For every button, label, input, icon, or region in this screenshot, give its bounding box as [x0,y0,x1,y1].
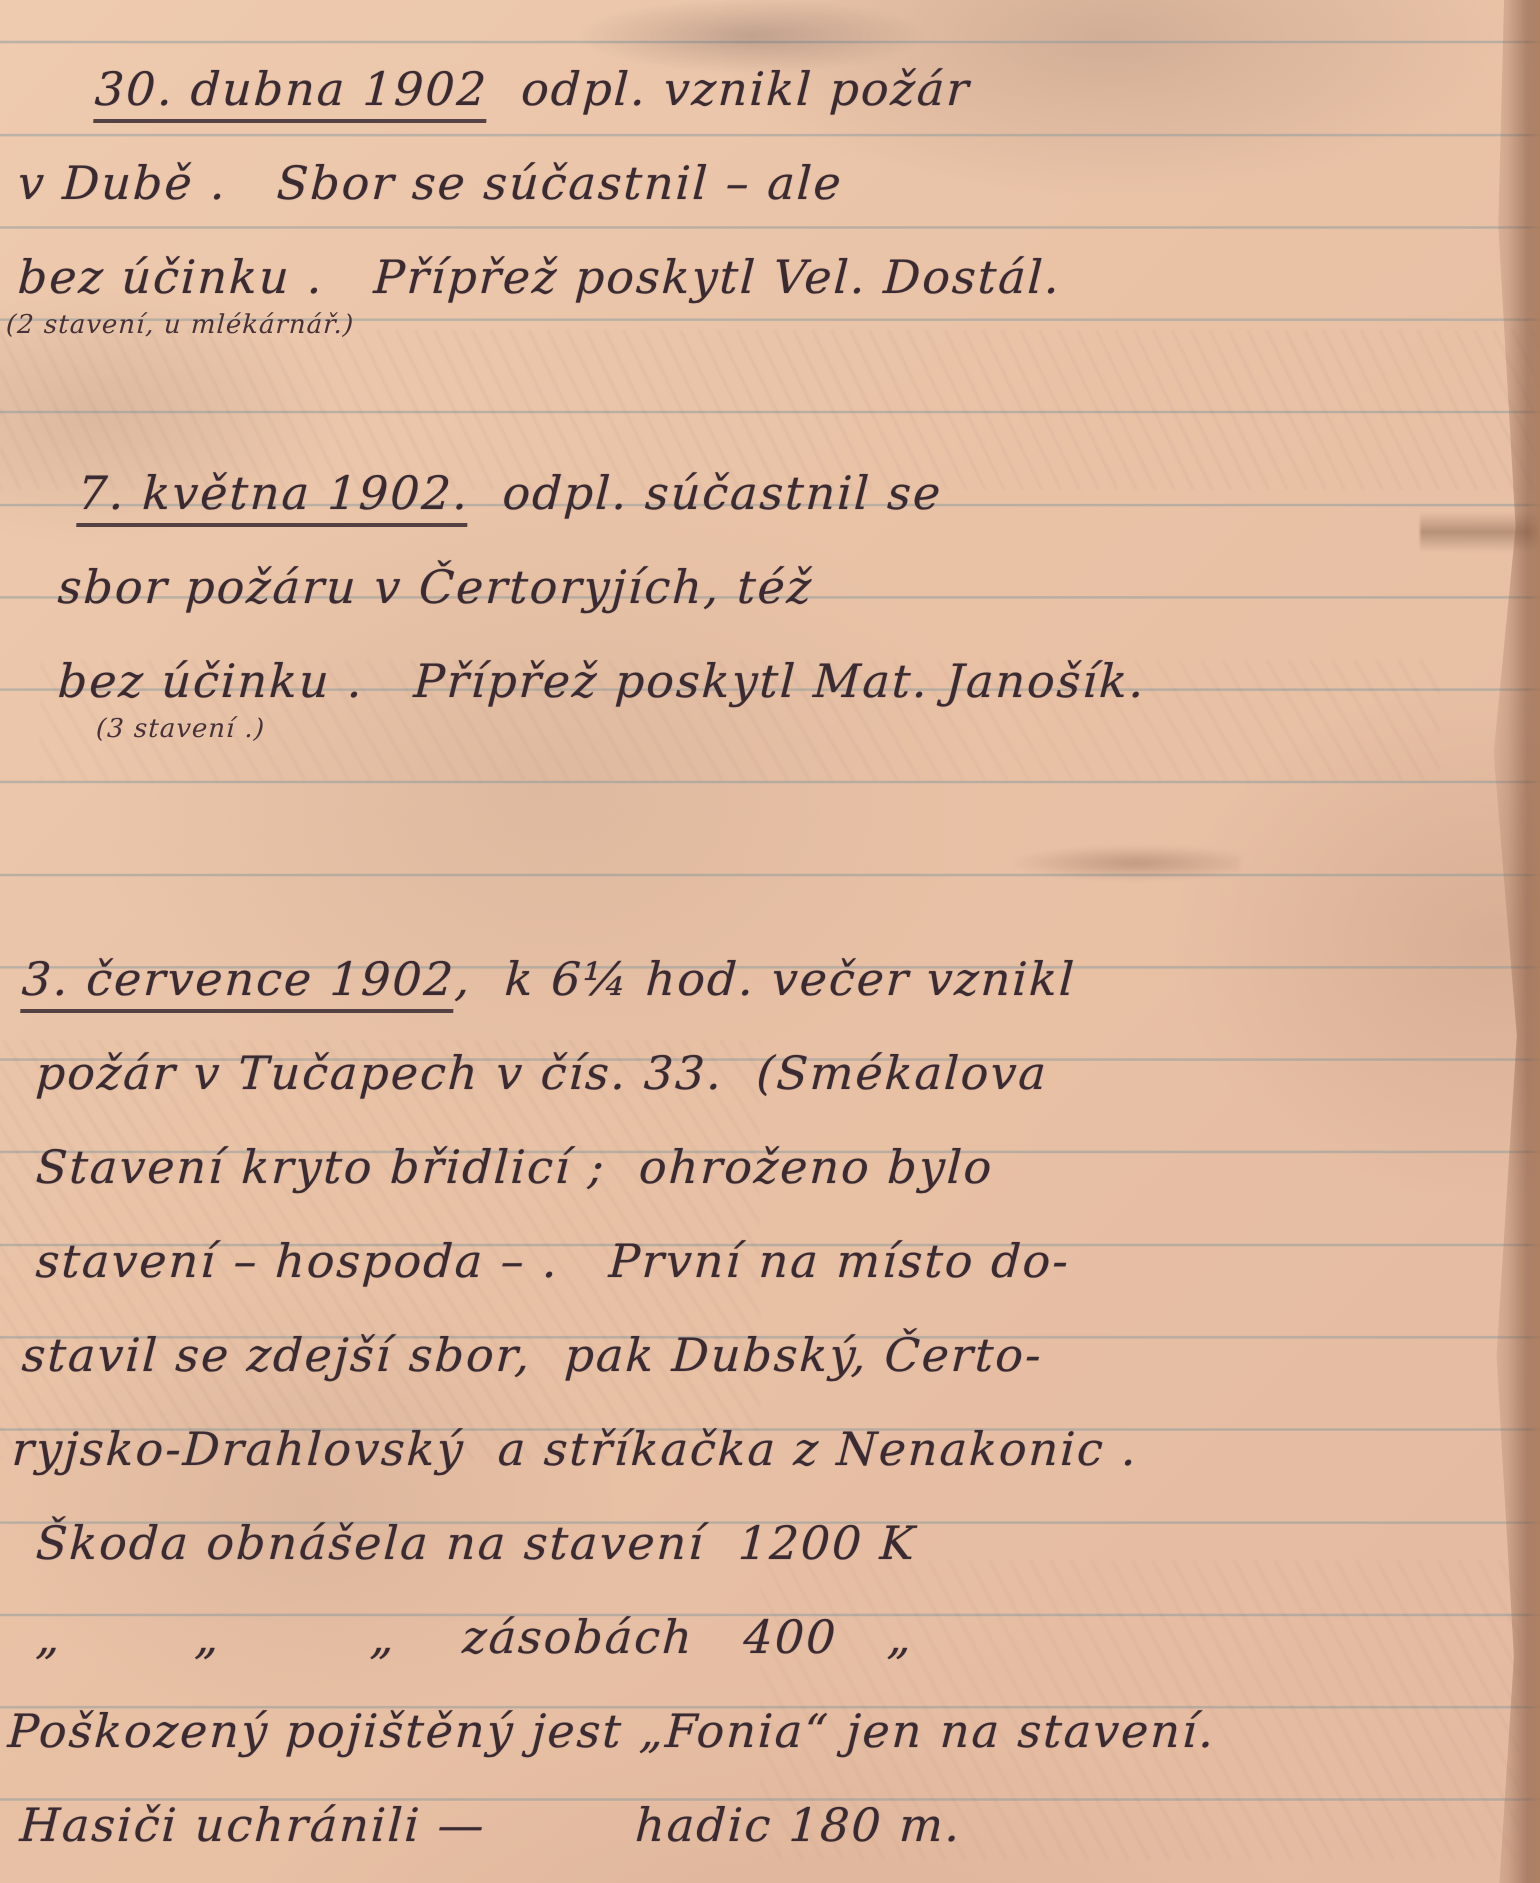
entry-body-lines: v Dubě . Sbor se súčastnil – alebez účin… [0,136,1500,324]
diary-entry-1902-04-30: 30. dubna 1902 odpl. vznikl požár v Dubě… [0,42,1500,342]
handwritten-line: Hasiči uchránili — hadic 180 m. [0,1778,1502,1872]
handwritten-line: v Dubě . Sbor se súčastnil – ale [0,136,1502,230]
diary-entry-1902-05-07: 7. května 1902. odpl. súčastnil se sbor … [0,446,1500,746]
handwritten-line: Poškozený pojištěný jest „Fonia“ jen na … [0,1684,1502,1778]
entry-marginal-note: (3 stavení .) [0,712,1501,746]
handwritten-line: „ „ „ zásobách 400 „ [0,1590,1502,1684]
entry-date-line: 30. dubna 1902 odpl. vznikl požár [0,42,1502,136]
entry-date: 7. května 1902. [76,466,471,527]
handwritten-line: požár v Tučapech v čís. 33. (Smékalova [0,1026,1502,1120]
handwritten-line: Stavení kryto břidlicí ; ohroženo bylo [0,1120,1502,1214]
entry-date-line-rest: odpl. súčastnil se [468,466,944,520]
entry-date-line-rest: , k 6¼ hod. večer vznikl [454,952,1078,1006]
notebook-page: 30. dubna 1902 odpl. vznikl požár v Dubě… [0,0,1540,1883]
handwritten-line: stavení – hospoda – . První na místo do- [0,1214,1502,1308]
handwritten-line: Škoda obnášela na stavení 1200 K [0,1496,1502,1590]
handwritten-line: sbor požáru v Čertoryjích, též [0,540,1502,634]
entry-date-line: 3. července 1902, k 6¼ hod. večer vznikl [0,932,1502,1026]
entry-marginal-note: (2 stavení, u mlékárnář.) [0,308,1501,342]
handwritten-line: stavil se zdejší sbor, pak Dubský, Čerto… [0,1308,1502,1402]
diary-entry-1902-07-03: 3. července 1902, k 6¼ hod. večer vznikl… [0,932,1500,1872]
entry-body-lines: požár v Tučapech v čís. 33. (SmékalovaSt… [0,1026,1500,1872]
handwritten-line: ryjsko-Drahlovský a stříkačka z Nenakoni… [0,1402,1502,1496]
entry-date: 30. dubna 1902 [93,62,489,123]
entry-body-lines: sbor požáru v Čertoryjích, téžbez účinku… [0,540,1500,728]
entry-date: 3. července 1902 [20,952,456,1013]
entry-date-line-rest: odpl. vznikl požár [487,62,972,116]
entry-date-line: 7. května 1902. odpl. súčastnil se [0,446,1502,540]
paper-crease [980,840,1240,886]
